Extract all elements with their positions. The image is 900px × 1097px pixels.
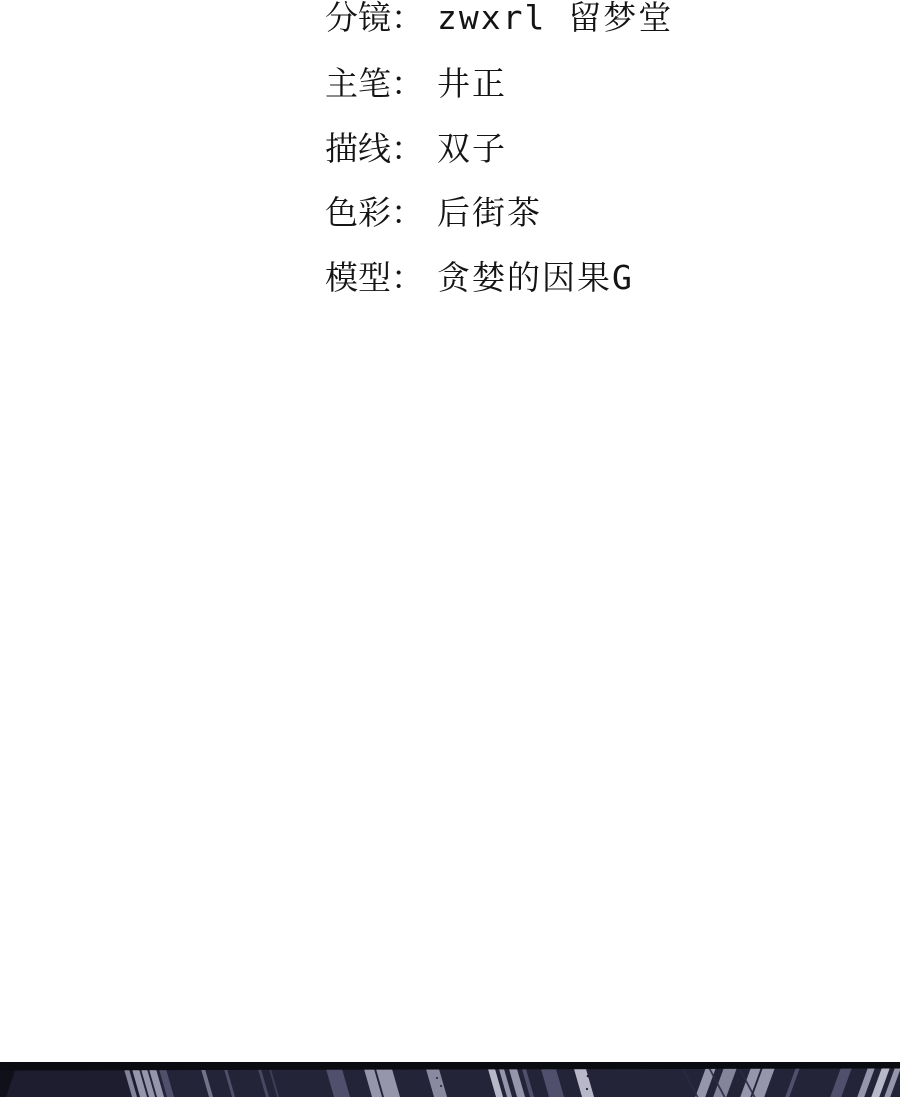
credit-colon: ：: [391, 129, 424, 168]
credit-value: zwxrl 留梦堂: [437, 1, 673, 35]
credit-value: 后街茶: [437, 196, 542, 230]
credit-line-model: 模型： 贪婪的因果G: [325, 261, 424, 295]
credit-role-label: 模型: [325, 258, 391, 297]
credit-role-label: 主笔: [325, 64, 391, 103]
credit-role-label: 描线: [325, 129, 391, 168]
credit-line-lead-artist: 主笔： 井正: [325, 67, 424, 101]
credit-role-label: 分镜: [325, 0, 391, 37]
credit-value: 双子: [437, 132, 507, 166]
credit-role-label: 色彩: [325, 193, 391, 232]
credit-line-storyboard: 分镜： zwxrl 留梦堂: [325, 1, 424, 35]
credit-value: 贪婪的因果G: [437, 261, 634, 295]
credit-colon: ：: [391, 193, 424, 232]
credit-colon: ：: [391, 258, 424, 297]
comic-panel-edge: [0, 1062, 900, 1097]
credit-value: 井正: [437, 67, 507, 101]
speedline-panel-art: [0, 1062, 900, 1097]
credit-colon: ：: [391, 64, 424, 103]
credit-colon: ：: [391, 0, 424, 37]
credit-line-lineart: 描线： 双子: [325, 132, 424, 166]
credit-line-color: 色彩： 后街茶: [325, 196, 424, 230]
